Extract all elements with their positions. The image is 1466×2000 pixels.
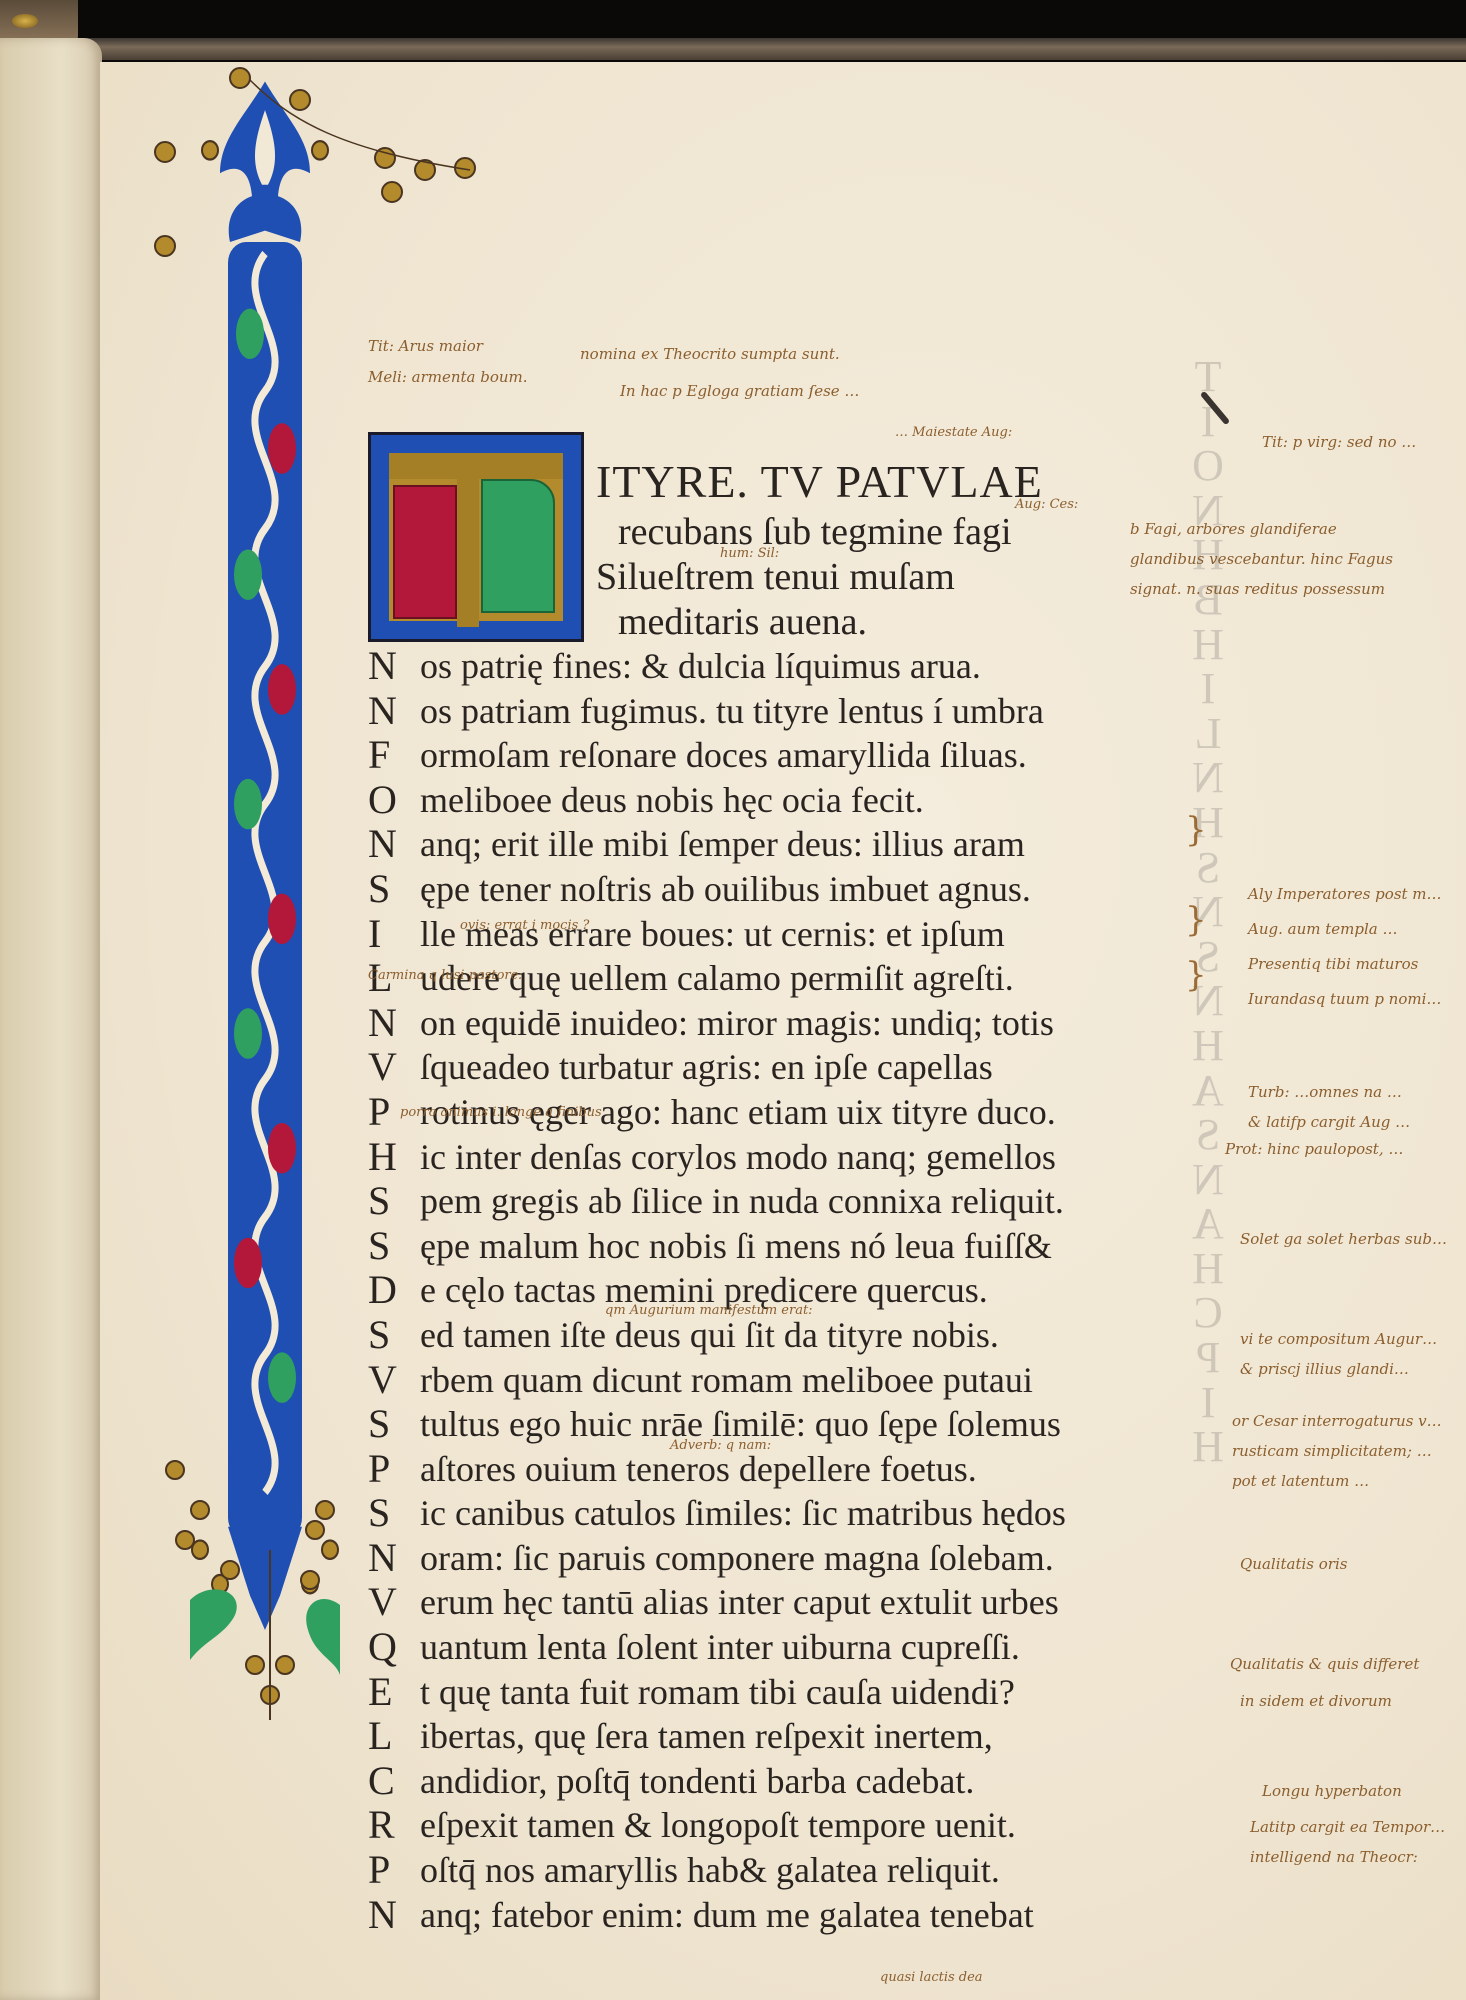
annotation-top-left-1: Tit: Arus maior bbox=[368, 337, 483, 355]
verse-line: Hic inter denſas corylos modo nanq; geme… bbox=[368, 1135, 1066, 1180]
verse-capital: V bbox=[368, 1358, 420, 1403]
verse-capital: N bbox=[368, 822, 420, 867]
verse-capital: F bbox=[368, 733, 420, 778]
verse-line: Sic canibus catulos ſimiles: ſic matribu… bbox=[368, 1491, 1066, 1536]
verse-line: Quantum lenta ſolent inter uiburna cupre… bbox=[368, 1625, 1066, 1670]
verse-capital: V bbox=[368, 1580, 420, 1625]
verse-text: oſtq̄ nos amaryllis hab& galatea reliqui… bbox=[420, 1848, 1000, 1893]
verse-text: anq; erit ille mibi ſemper deus: illius … bbox=[420, 822, 1025, 867]
verse-text: rbem quam dicunt romam meliboee putaui bbox=[420, 1358, 1033, 1403]
initial-red-panel bbox=[393, 485, 457, 619]
annotation-qual-2: Qualitatis & quis differet bbox=[1230, 1655, 1419, 1673]
verse-text: os patrię fines: & dulcia líquimus arua. bbox=[420, 644, 981, 689]
annotation-interlinear-3: porro animus i. longe a finibus bbox=[400, 1105, 602, 1120]
book-edge bbox=[75, 38, 1466, 60]
verse-capital: V bbox=[368, 1045, 420, 1090]
initial-gold-stem bbox=[457, 475, 479, 627]
verse-line: Non equidē inuideo: miror magis: undiq; … bbox=[368, 1001, 1066, 1046]
verse-text: anq; fatebor enim: dum me galatea teneba… bbox=[420, 1893, 1034, 1938]
annotation-top-center-2: In hac p Egloga gratiam ſese … bbox=[620, 382, 859, 400]
annotation-prot: Prot: hinc paulopost, … bbox=[1225, 1140, 1403, 1158]
annotation-right-top: Tit: p virg: sed no … bbox=[1262, 433, 1416, 451]
annotation-fagi-1: b Fagi, arbores glandiferae bbox=[1130, 520, 1337, 538]
annotation-bottom-interlinear: quasi lactis dea bbox=[880, 1970, 983, 1985]
verse-capital: S bbox=[368, 1224, 420, 1269]
annotation-turb-1: Turb: …omnes na … bbox=[1248, 1083, 1402, 1101]
verse-line: Candidior, poſtq̄ tondenti barba cadebat… bbox=[368, 1759, 1066, 1804]
brace-mark: } bbox=[1185, 900, 1207, 940]
verse-line: Paſtores ouium teneros depellere foetus. bbox=[368, 1447, 1066, 1492]
annotation-interlinear-5: Adverb: q nam: bbox=[670, 1438, 771, 1453]
verse-line: Vſqueadeo turbatur agris: en ipſe capell… bbox=[368, 1045, 1066, 1090]
verse-line: Nanq; erit ille mibi ſemper deus: illius… bbox=[368, 822, 1066, 867]
verse-block: Nos patrię fines: & dulcia líquimus arua… bbox=[368, 644, 1066, 1937]
illuminated-initial-t bbox=[368, 432, 584, 642]
verse-line: Verum hęc tantū alias inter caput extuli… bbox=[368, 1580, 1066, 1625]
annotation-top-left-2: Meli: armenta boum. bbox=[368, 368, 528, 386]
verse-text: eſpexit tamen & longopoſt tempore uenit. bbox=[420, 1803, 1016, 1848]
annotation-turb-2: & latifp cargit Aug … bbox=[1248, 1113, 1410, 1131]
verse-capital: L bbox=[368, 1714, 420, 1759]
verse-line: Et quę tanta fuit romam tibi cauſa uiden… bbox=[368, 1670, 1066, 1715]
verse-capital: H bbox=[368, 1135, 420, 1180]
verse-capital: N bbox=[368, 689, 420, 734]
verse-text: oram: ſic paruis componere magna ſolebam… bbox=[420, 1536, 1054, 1581]
initial-green-panel bbox=[481, 479, 555, 613]
verse-text: t quę tanta fuit romam tibi cauſa uidend… bbox=[420, 1670, 1015, 1715]
verse-text: on equidē inuideo: miror magis: undiq; t… bbox=[420, 1001, 1054, 1046]
verse-capital: N bbox=[368, 1536, 420, 1581]
verse-text: ibertas, quę ſera tamen reſpexit inertem… bbox=[420, 1714, 993, 1759]
verse-capital: P bbox=[368, 1447, 420, 1492]
incipit-title: ITYRE. TV PATVLAE bbox=[596, 455, 1043, 508]
gilt-ornament-icon bbox=[12, 14, 38, 28]
verse-capital: S bbox=[368, 1313, 420, 1358]
annotation-aly-3: Presentiq tibi maturos bbox=[1248, 955, 1418, 973]
verse-line: Omeliboee deus nobis hęc ocia fecit. bbox=[368, 778, 1066, 823]
verse-line: Nanq; fatebor enim: dum me galatea teneb… bbox=[368, 1893, 1066, 1938]
verse-text: aſtores ouium teneros depellere foetus. bbox=[420, 1447, 977, 1492]
annotation-longu-3: intelligend na Theocr: bbox=[1250, 1848, 1418, 1866]
verse-text: os patriam fugimus. tu tityre lentus í u… bbox=[420, 689, 1044, 734]
heading-line-1: recubans ſub tegmine fagi bbox=[618, 510, 1012, 554]
brace-mark: } bbox=[1185, 810, 1207, 850]
brace-mark: } bbox=[1185, 955, 1207, 995]
verse-capital: D bbox=[368, 1268, 420, 1313]
annotation-vi-2: & priscj illius glandi… bbox=[1240, 1360, 1409, 1378]
verse-line: Nos patrię fines: & dulcia líquimus arua… bbox=[368, 644, 1066, 689]
verse-capital: N bbox=[368, 1001, 420, 1046]
verse-capital: S bbox=[368, 1402, 420, 1447]
verse-capital: N bbox=[368, 644, 420, 689]
verse-line: Noram: ſic paruis componere magna ſoleba… bbox=[368, 1536, 1066, 1581]
verse-capital: S bbox=[368, 1179, 420, 1224]
verse-capital: S bbox=[368, 867, 420, 912]
verse-capital: R bbox=[368, 1803, 420, 1848]
annotation-above-title: … Maiestate Aug: bbox=[895, 425, 1012, 440]
verse-text: pem gregis ab ſilice in nuda connixa rel… bbox=[420, 1179, 1064, 1224]
verse-text: ic canibus catulos ſimiles: ſic matribus… bbox=[420, 1491, 1066, 1536]
annotation-fagi-3: signat. n. suas reditus possessum bbox=[1130, 580, 1385, 598]
annotation-vi-1: vi te compositum Augur… bbox=[1240, 1330, 1437, 1348]
annotation-aug-ces: Aug: Ces: bbox=[1015, 497, 1078, 512]
verse-text: ic inter denſas corylos modo nanq; gemel… bbox=[420, 1135, 1056, 1180]
verse-line: Spem gregis ab ſilice in nuda connixa re… bbox=[368, 1179, 1066, 1224]
heading-line-3: meditaris auena. bbox=[618, 600, 867, 644]
verse-line: Sępe malum hoc nobis ſi mens nó leua fui… bbox=[368, 1224, 1066, 1269]
verse-text: ormoſam reſonare doces amaryllida ſiluas… bbox=[420, 733, 1027, 778]
verse-capital: E bbox=[368, 1670, 420, 1715]
annotation-interlinear-4: qm Augurium manifestum erat: bbox=[605, 1303, 813, 1318]
verse-capital: N bbox=[368, 1893, 420, 1938]
verse-text: erum hęc tantū alias inter caput extulit… bbox=[420, 1580, 1059, 1625]
annotation-cesar-1: or Cesar interrogaturus v… bbox=[1232, 1412, 1442, 1430]
verse-line: Sępe tener noſtris ab ouilibus imbuet ag… bbox=[368, 867, 1066, 912]
verse-text: andidior, poſtq̄ tondenti barba cadebat. bbox=[420, 1759, 974, 1804]
verse-line: Reſpexit tamen & longopoſt tempore uenit… bbox=[368, 1803, 1066, 1848]
verse-text: uantum lenta ſolent inter uiburna cupreſ… bbox=[420, 1625, 1020, 1670]
annotation-interlinear-1: ovis: errat i mocis ? bbox=[460, 918, 589, 933]
binding-clasp bbox=[0, 0, 78, 42]
verse-line: Poſtq̄ nos amaryllis hab& galatea reliqu… bbox=[368, 1848, 1066, 1893]
verse-text: ępe malum hoc nobis ſi mens nó leua fuiſ… bbox=[420, 1224, 1052, 1269]
verse-capital: C bbox=[368, 1759, 420, 1804]
facing-leaf bbox=[0, 38, 102, 2000]
annotation-solet: Solet ga solet herbas sub… bbox=[1240, 1230, 1447, 1248]
annotation-cesar-3: pot et latentum … bbox=[1232, 1472, 1369, 1490]
annotation-longu-2: Latitp cargit ea Tempor… bbox=[1250, 1818, 1445, 1836]
illuminated-border bbox=[190, 70, 340, 1630]
verse-capital: I bbox=[368, 912, 420, 957]
verse-line: Libertas, quę ſera tamen reſpexit inerte… bbox=[368, 1714, 1066, 1759]
annotation-longu-1: Longu hyperbaton bbox=[1262, 1782, 1402, 1800]
verse-text: ed tamen iſte deus qui ſit da tityre nob… bbox=[420, 1313, 999, 1358]
verse-text: ſqueadeo turbatur agris: en ipſe capella… bbox=[420, 1045, 993, 1090]
annotation-fagi-2: glandibus vescebantur. hinc Fagus bbox=[1130, 550, 1393, 568]
annotation-aly-4: Iurandasq tuum p nomi… bbox=[1248, 990, 1441, 1008]
annotation-aly-1: Aly Imperatores post m… bbox=[1248, 885, 1442, 903]
verse-line: Sed tamen iſte deus qui ſit da tityre no… bbox=[368, 1313, 1066, 1358]
annotation-top-center-1: nomina ex Theocrito sumpta sunt. bbox=[580, 345, 840, 363]
verse-capital: S bbox=[368, 1491, 420, 1536]
verse-line: Nos patriam fugimus. tu tityre lentus í … bbox=[368, 689, 1066, 734]
verse-text: ępe tener noſtris ab ouilibus imbuet agn… bbox=[420, 867, 1031, 912]
annotation-qual-1: Qualitatis oris bbox=[1240, 1555, 1347, 1573]
verse-line: Vrbem quam dicunt romam meliboee putaui bbox=[368, 1358, 1066, 1403]
annotation-hum-sil: hum: Sil: bbox=[720, 546, 779, 561]
annotation-qual-3: in sidem et divorum bbox=[1240, 1692, 1392, 1710]
annotation-cesar-2: rusticam simplicitatem; … bbox=[1232, 1442, 1432, 1460]
verse-capital: O bbox=[368, 778, 420, 823]
annotation-interlinear-2: Carmina q lusi pastore: bbox=[368, 968, 523, 983]
annotation-aly-2: Aug. aum templa … bbox=[1248, 920, 1397, 938]
verse-capital: P bbox=[368, 1848, 420, 1893]
border-terminal-ornament bbox=[150, 1430, 380, 1730]
verse-text: meliboee deus nobis hęc ocia fecit. bbox=[420, 778, 924, 823]
verse-capital: Q bbox=[368, 1625, 420, 1670]
verse-line: Formoſam reſonare doces amaryllida ſilua… bbox=[368, 733, 1066, 778]
top-spray-ornament bbox=[140, 60, 520, 300]
heading-line-2: Silueſtrem tenui muſam bbox=[596, 555, 955, 599]
